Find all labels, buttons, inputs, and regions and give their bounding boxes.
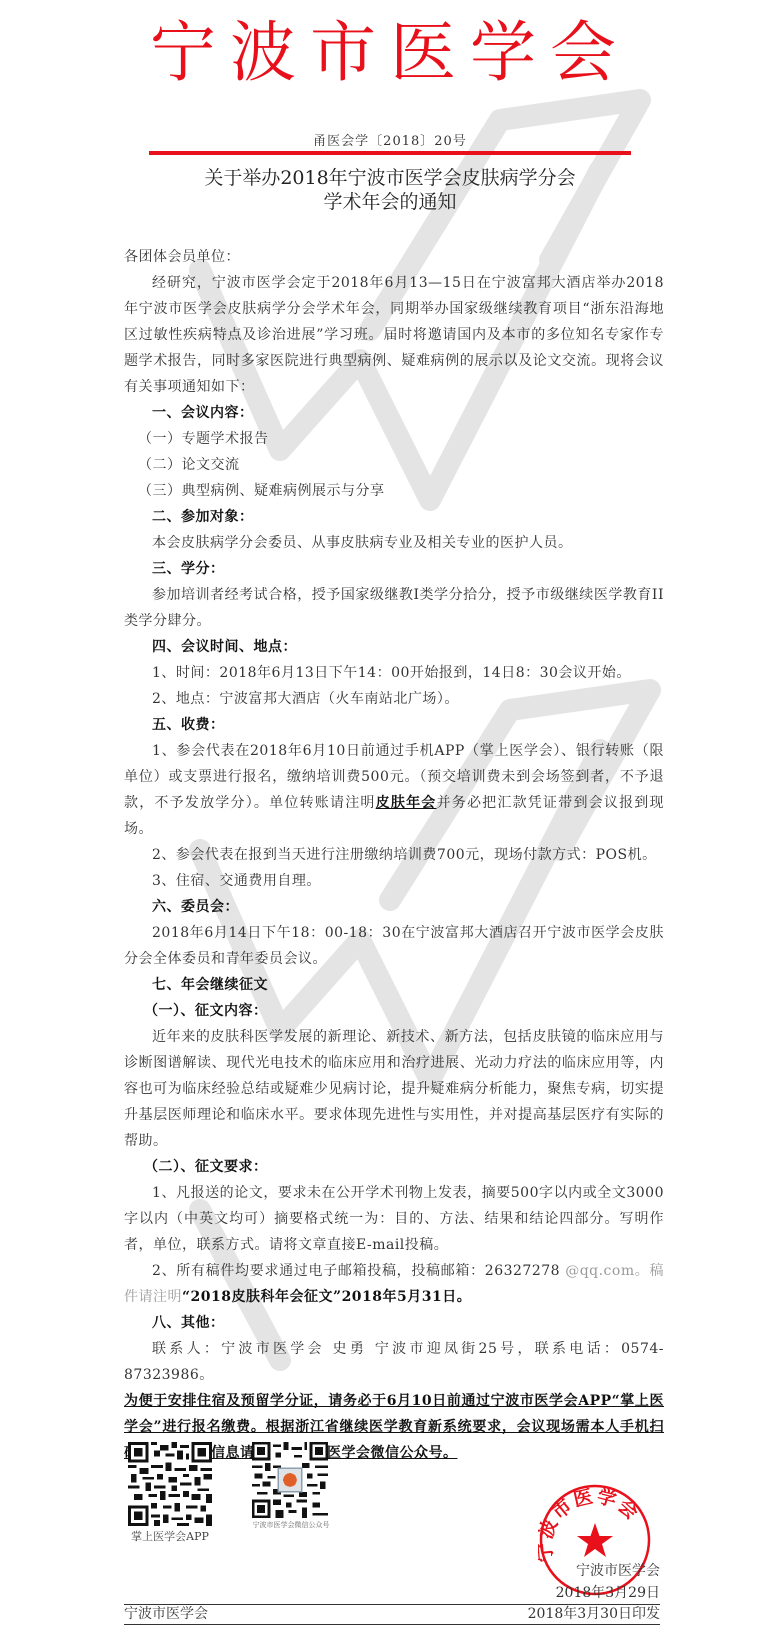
section-4-heading: 四、会议时间、地点： <box>124 634 664 660</box>
document-body: 各团体会员单位： 经研究，宁波市医学会定于2018年6月13—15日在宁波富邦大… <box>124 244 664 1466</box>
notice-title: 关于举办2018年宁波市医学会皮肤病学分会 学术年会的通知 <box>0 166 780 214</box>
section-1-item: （二）论文交流 <box>124 452 664 478</box>
contact-info: 联系人：宁波市医学会 史勇 宁波市迎凤街25号，联系电话：0574-873239… <box>124 1336 664 1388</box>
section-7-sub1-text: 近年来的皮肤科医学发展的新理论、新技术、新方法，包括皮肤镜的临床应用与诊断图谱解… <box>124 1024 664 1154</box>
footer: 宁波市医学会 2018年3月30日印发 <box>124 1604 660 1625</box>
section-7-sub2-heading: （二）、征文要求： <box>124 1154 664 1180</box>
qr-wechat: 宁波市医学会微信公众号 <box>252 1442 330 1530</box>
section-6-heading: 六、委员会： <box>124 894 664 920</box>
section-8-heading: 八、其他： <box>124 1310 664 1336</box>
red-divider <box>149 151 631 155</box>
section-2-text: 本会皮肤病学分会委员、从事皮肤病专业及相关专业的医护人员。 <box>124 530 664 556</box>
section-5-item-3: 3、住宿、交通费用自理。 <box>124 868 664 894</box>
section-7-sub1-heading: （一）、征文内容： <box>124 998 664 1024</box>
intro-paragraph: 经研究，宁波市医学会定于2018年6月13—15日在宁波富邦大酒店举办2018年… <box>124 270 664 400</box>
qr-code-icon <box>252 1442 328 1518</box>
section-4-time: 1、时间：2018年6月13日下午14：00开始报到，14日8：30会议开始。 <box>124 660 664 686</box>
section-4-place: 2、地点：宁波富邦大酒店（火车南站北广场）。 <box>124 686 664 712</box>
footer-issuer: 宁波市医学会 <box>124 1605 208 1624</box>
section-2-heading: 二、参加对象： <box>124 504 664 530</box>
section-7-req-1: 1、凡报送的论文，要求未在公开学术刊物上发表，摘要500字以内或全文3000字以… <box>124 1180 664 1258</box>
signature-org: 宁波市医学会 <box>520 1560 660 1582</box>
signature-date: 2018年3月29日 <box>520 1582 660 1604</box>
section-7-req-2: 2、所有稿件均要求通过电子邮箱投稿，投稿邮箱：26327278 @qq.com。… <box>124 1258 664 1310</box>
signature-block: 宁波市医学会 2018年3月29日 <box>520 1560 660 1604</box>
req2-text: 2、所有稿件均要求通过电子邮箱投稿，投稿邮箱：26327278 <box>152 1263 565 1279</box>
qr-app-caption: 掌上医学会APP <box>127 1528 213 1544</box>
footer-issue-date: 2018年3月30日印发 <box>528 1605 660 1624</box>
section-1-item: （一）专题学术报告 <box>124 426 664 452</box>
section-3-text: 参加培训者经考试合格，授予国家级继教I类学分拾分，授予市级继续医学教育II类学分… <box>124 582 664 634</box>
qr-code-icon <box>127 1442 213 1526</box>
salutation: 各团体会员单位： <box>124 244 664 270</box>
title-line-2: 学术年会的通知 <box>0 190 780 214</box>
submission-title: “2018皮肤科年会征文”2018年5月31日。 <box>182 1289 471 1305</box>
section-7-heading: 七、年会继续征文 <box>124 972 664 998</box>
masthead: 宁波市医学会 <box>0 8 780 98</box>
title-line-1: 关于举办2018年宁波市医学会皮肤病学分会 <box>0 166 780 190</box>
qr-app: 掌上医学会APP <box>127 1442 213 1544</box>
transfer-remark-keyword: 皮肤年会 <box>376 795 437 811</box>
section-5-item-1: 1、参会代表在2018年6月10日前通过手机APP（掌上医学会）、银行转账（限单… <box>124 738 664 842</box>
section-5-item-2: 2、参会代表在报到当天进行注册缴纳培训费700元，现场付款方式：POS机。 <box>124 842 664 868</box>
section-6-text: 2018年6月14日下午18：00-18：30在宁波富邦大酒店召开宁波市医学会皮… <box>124 920 664 972</box>
section-5-heading: 五、收费： <box>124 712 664 738</box>
document-number: 甬医会学〔2018〕20号 <box>0 130 780 149</box>
qr-wechat-caption: 宁波市医学会微信公众号 <box>252 1520 330 1530</box>
section-3-heading: 三、学分： <box>124 556 664 582</box>
section-1-heading: 一、会议内容： <box>124 400 664 426</box>
section-1-item: （三）典型病例、疑难病例展示与分享 <box>124 478 664 504</box>
